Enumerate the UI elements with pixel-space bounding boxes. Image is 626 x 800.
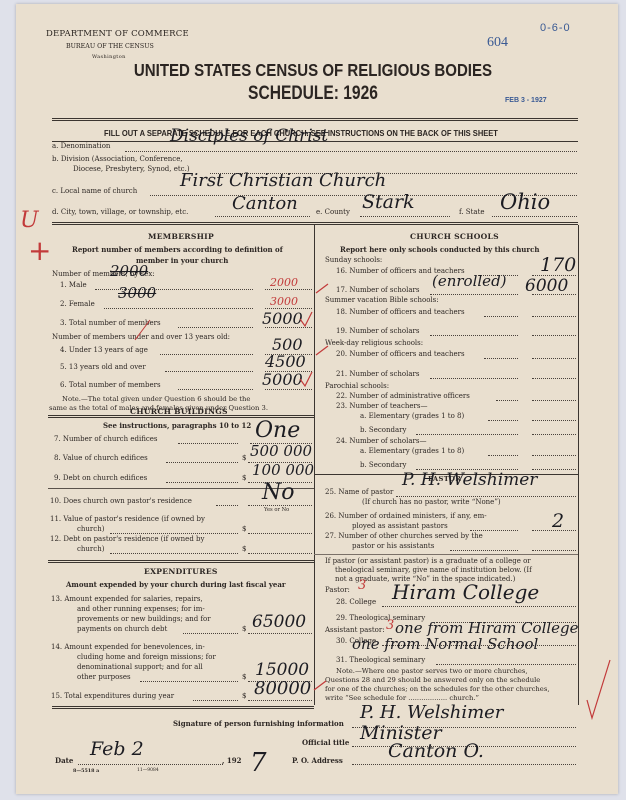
address-line <box>352 764 576 765</box>
signature-label: Signature of person furnishing informati… <box>173 719 344 728</box>
year-field[interactable]: 7 <box>250 748 267 778</box>
address-label: P. O. Address <box>292 756 343 765</box>
form-code-1: 8—5518 a <box>73 768 99 774</box>
form-code-2: 11—9084 <box>137 768 159 773</box>
date-label: Date <box>55 756 73 765</box>
red-check-marks <box>0 0 626 800</box>
address-field[interactable]: Canton O. <box>388 740 484 762</box>
year-prefix: , 192 <box>222 756 242 765</box>
date-line <box>78 764 223 765</box>
date-field[interactable]: Feb 2 <box>90 738 144 760</box>
official-title-label: Official title <box>302 738 349 747</box>
signature-field[interactable]: P. H. Welshimer <box>360 702 503 723</box>
